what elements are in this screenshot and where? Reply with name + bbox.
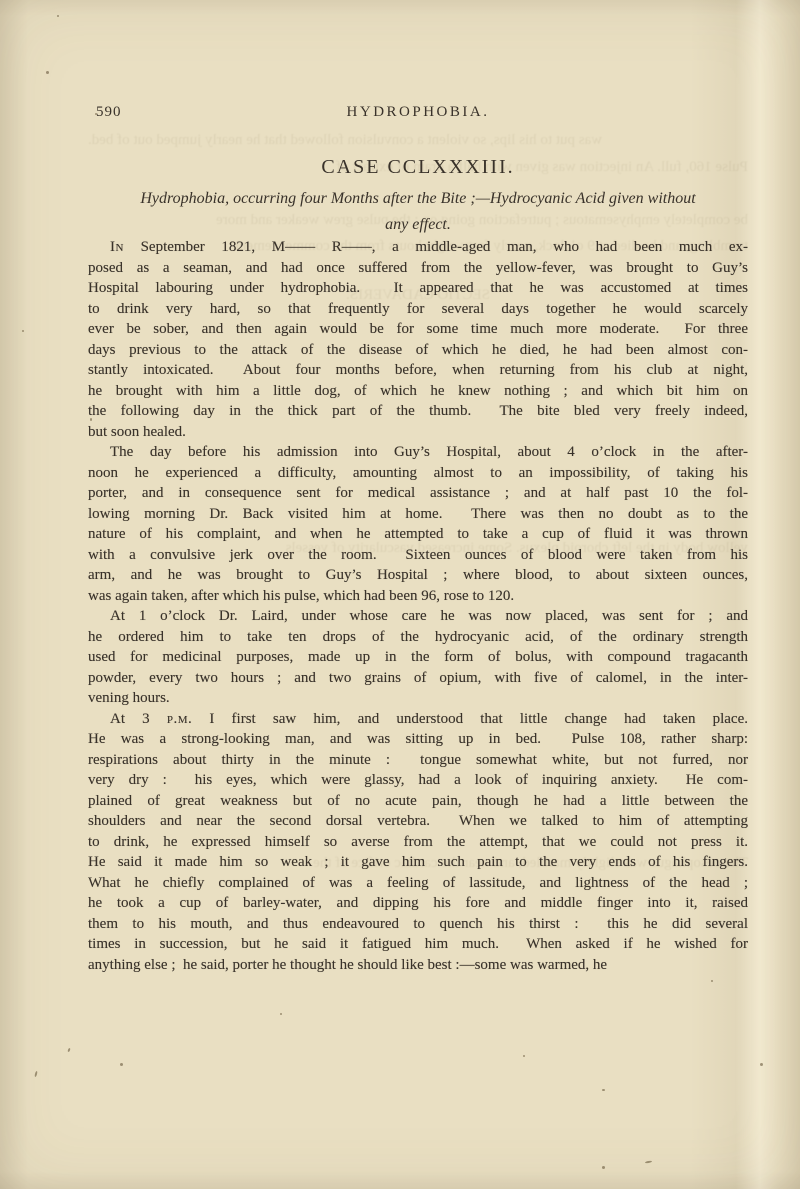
running-title: HYDROPHOBIA.: [88, 104, 748, 121]
case-heading: CASE CCLXXXIII.: [88, 156, 748, 179]
case-body-text: In September 1821, M—— R——, a middle-age…: [88, 237, 748, 975]
text-line: them to his mouth, and thus endeavoured …: [88, 914, 748, 935]
small-caps-text: In: [110, 239, 124, 255]
text-line: anything else ; he said, porter he thoug…: [88, 955, 748, 976]
case-subtitle-line-1: Hydrophobia, occurring four Months after…: [88, 186, 748, 212]
paragraph: In September 1821, M—— R——, a middle-age…: [88, 237, 748, 442]
text-line: he took a cup of barley-water, and dippi…: [88, 893, 748, 914]
text-line: used for medicinal purposes, made up in …: [88, 647, 748, 668]
text-line: At 1 o’clock Dr. Laird, under whose care…: [88, 606, 748, 627]
text-line: was again taken, after which his pulse, …: [88, 586, 748, 607]
text-line: respirations about thirty in the minute …: [88, 750, 748, 771]
paper-speck: [280, 1013, 282, 1015]
paper-speck: [34, 1071, 37, 1077]
paper-speck: [57, 15, 59, 17]
paragraph: At 3 p.m. I first saw him, and understoo…: [88, 709, 748, 976]
paragraph: At 1 o’clock Dr. Laird, under whose care…: [88, 606, 748, 709]
text-line: very dry : his eyes, which were glassy, …: [88, 770, 748, 791]
paper-speck: [523, 1055, 525, 1057]
paragraph: The day before his admission into Guy’s …: [88, 442, 748, 606]
text-line: stantly intoxicated. About four months b…: [88, 360, 748, 381]
paper-speck: [602, 1166, 605, 1169]
text-line: to drink, he expressed himself so averse…: [88, 832, 748, 853]
text-line: to drink very hard, so that frequently f…: [88, 299, 748, 320]
running-head: 590 HYDROPHOBIA.: [88, 104, 748, 126]
text-line: nature of his complaint, and when he att…: [88, 524, 748, 545]
case-subtitle: Hydrophobia, occurring four Months after…: [88, 186, 748, 238]
text-line: he ordered him to take ten drops of the …: [88, 627, 748, 648]
text-line: porter, and in consequence sent for medi…: [88, 483, 748, 504]
bleedthrough-line: was put to his lips, so violent a convul…: [88, 132, 748, 149]
paper-speck: [760, 1063, 763, 1066]
text-line: arm, and he was brought to Guy’s Hospita…: [88, 565, 748, 586]
text-line: At 3 p.m. I first saw him, and understoo…: [88, 709, 748, 730]
paper-speck: [645, 1160, 652, 1163]
text-line: What he chiefly complained of was a feel…: [88, 873, 748, 894]
text-line: plained of great weakness but of no acut…: [88, 791, 748, 812]
book-page: was put to his lips, so violent a convul…: [0, 0, 800, 1189]
paper-speck: [22, 330, 24, 332]
text-line: Hospital labouring under hydrophobia. It…: [88, 278, 748, 299]
case-subtitle-line-2: any effect.: [88, 212, 748, 238]
text-line: posed as a seaman, and had once suffered…: [88, 258, 748, 279]
text-line: The day before his admission into Guy’s …: [88, 442, 748, 463]
text-line: He was a strong-looking man, and was sit…: [88, 729, 748, 750]
text-line: he brought with him a little dog, of whi…: [88, 381, 748, 402]
text-line: In September 1821, M—— R——, a middle-age…: [88, 237, 748, 258]
small-caps-text: p.m.: [167, 711, 192, 727]
text-line: noon he experienced a difficulty, amount…: [88, 463, 748, 484]
text-line: He said it made him so weak ; it gave hi…: [88, 852, 748, 873]
text-line: shoulders and near the second dorsal ver…: [88, 811, 748, 832]
paper-speck: [67, 1048, 70, 1052]
text-line: powder, every two hours ; and two grains…: [88, 668, 748, 689]
text-line: ever be sober, and then again would be f…: [88, 319, 748, 340]
text-line: the following day in the thick part of t…: [88, 401, 748, 422]
paper-speck: [120, 1063, 123, 1066]
text-line: but soon healed.: [88, 422, 748, 443]
text-line: lowing morning Dr. Back visited him at h…: [88, 504, 748, 525]
paper-speck: [602, 1089, 605, 1091]
text-line: days previous to the attack of the disea…: [88, 340, 748, 361]
text-line: times in succession, but he said it fati…: [88, 934, 748, 955]
paper-speck: [46, 71, 49, 74]
text-line: with a convulsive jerk over the room. Si…: [88, 545, 748, 566]
paper-speck: [711, 980, 713, 982]
text-line: vening hours.: [88, 688, 748, 709]
